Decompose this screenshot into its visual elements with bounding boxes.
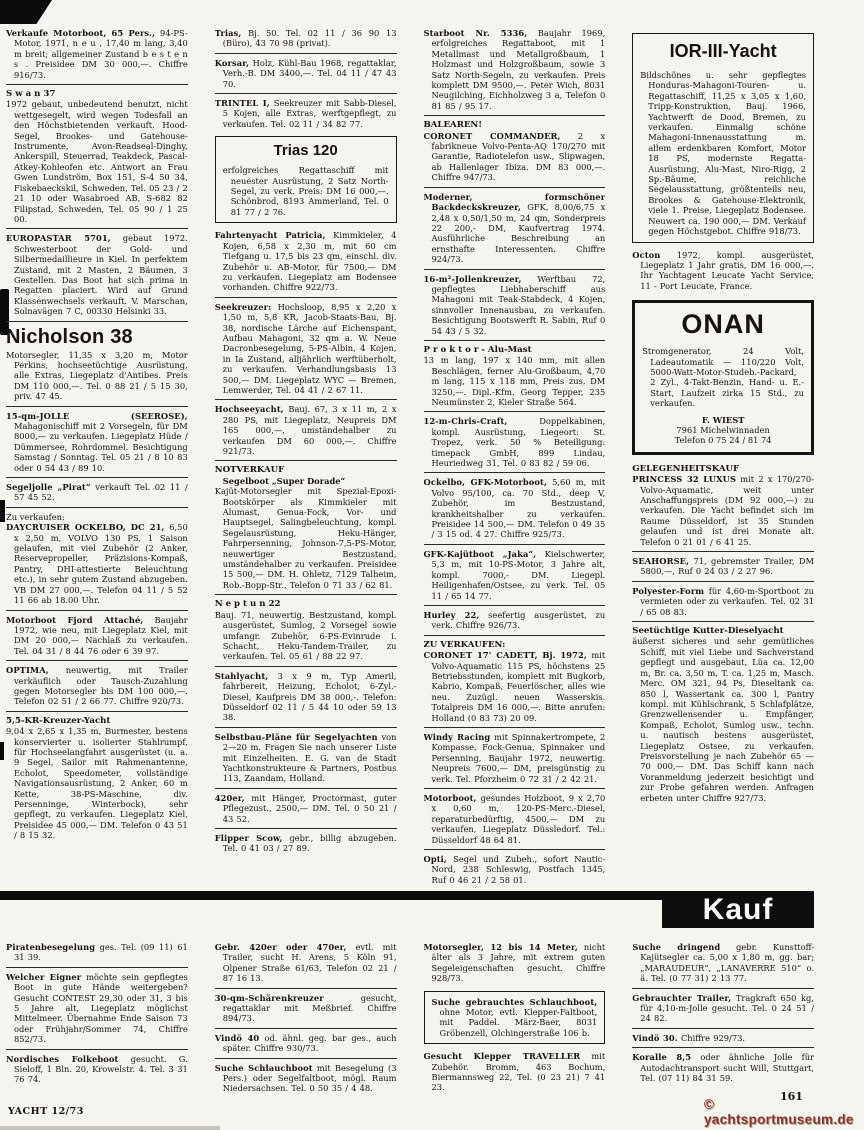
ad-headline: 5,5-KR-Kreuzer-Yacht	[6, 716, 188, 726]
scan-artifact-blob	[0, 500, 5, 522]
separator-rule	[424, 472, 606, 473]
classified-ad: Vindö 40 od. ähnl. geg. bar ges., auch s…	[215, 1033, 397, 1054]
ad-body: Stromgenerator, 24 Volt, Ladeautomatik —…	[642, 346, 804, 408]
separator-rule	[215, 297, 397, 298]
classifieds-top-section: Verkaufe Motorboot, 65 Pers., 94-PS-Moto…	[6, 26, 814, 884]
classified-ad: Gesucht Klepper TRAVELLER mit Zubehör. B…	[424, 1051, 606, 1093]
watermark-label: © yachtsportmuseum.de	[704, 1097, 864, 1127]
classifieds-kauf-section: Piratenbesegelung ges. Tel. (09 11) 61 3…	[6, 940, 814, 1112]
ad-headline: BALEAREN!	[424, 120, 606, 130]
ad-pre-line: Zu verkaufen:	[6, 512, 188, 522]
separator-rule	[632, 988, 814, 989]
ad-text: erfolgreiches Regattaschiff mit neuester…	[223, 165, 389, 217]
ad-body: Motorboot Fjord Attaché, Baujahr 1972, w…	[6, 615, 188, 657]
separator-rule	[424, 411, 606, 412]
ad-lead: 15-qm-JOLLE (SEEROSE),	[6, 411, 188, 421]
ad-body: PRINCESS 32 LUXUS mit 2 x 170/270-Volvo-…	[632, 474, 814, 547]
separator-rule	[6, 1049, 188, 1050]
classified-ad: N e p t u n 22Bauj. 71, neuwertig, Bestz…	[215, 599, 397, 661]
ad-body: 12-m-Chris-Craft, Doppelkabinen, kompl. …	[424, 416, 606, 468]
classified-ad: GFK-Kajütboot „Jaka“, Kielschwerter, 5,3…	[424, 549, 606, 601]
ad-text: 6,50 x 2,50 m, VOLVO 130 PS, 1 Saison ge…	[14, 522, 188, 605]
ad-lead: Korsar,	[215, 58, 249, 68]
separator-rule	[215, 788, 397, 789]
scan-artifact-blob	[0, 742, 4, 760]
separator-rule	[215, 666, 397, 667]
classified-ad: 12-m-Chris-Craft, Doppelkabinen, kompl. …	[424, 416, 606, 468]
classified-ad: Verkaufe Motorboot, 65 Pers., 94-PS-Moto…	[6, 28, 188, 80]
ad-body: Piratenbesegelung ges. Tel. (09 11) 61 3…	[6, 942, 188, 963]
ad-text: Bauj. 71, neuwertig, Bestzustand, kompl.…	[215, 610, 397, 662]
ad-body: Vindö 40 od. ähnl. geg. bar ges., auch s…	[215, 1033, 397, 1054]
ad-lead: Suche gebrauchtes Schlauchboot,	[432, 997, 598, 1007]
separator-rule	[6, 610, 188, 611]
separator-rule	[424, 115, 606, 116]
classified-ad: S w a n 371972 gebaut, unbedeutend benut…	[6, 89, 188, 224]
ad-body: 13 m lang, 197 x 140 mm, mit allen Besch…	[424, 355, 606, 407]
ad-text: Baujahr 1969, erfolgreiches Regattaboot,…	[432, 28, 606, 111]
separator-rule	[424, 605, 606, 606]
ad-text: ohne Motor, evtl. Klepper-Faltboot, mit …	[440, 1007, 598, 1038]
ad-lead: Suche dringend	[632, 942, 720, 952]
bottom-column-4: Suche dringend gebr. Kunsttoff-Kajütsegl…	[632, 940, 814, 1112]
separator-rule	[6, 660, 188, 661]
magazine-page: Verkaufe Motorboot, 65 Pers., 94-PS-Moto…	[0, 0, 864, 1130]
ad-lead: Hochseeyacht,	[215, 404, 284, 414]
ad-text: Chiffre 929/73.	[681, 1033, 745, 1043]
ad-body: Flipper Scow, gebr., billig abzugeben. T…	[215, 833, 397, 854]
ad-body: Verkaufe Motorboot, 65 Pers., 94-PS-Moto…	[6, 28, 188, 80]
separator-rule	[6, 321, 188, 322]
classified-ad: Polyester-Form für 4,60-m-Sportboot zu v…	[632, 586, 814, 617]
kauf-section-heading: Kauf	[662, 891, 814, 928]
ad-contact-line: F. WIEST	[642, 415, 804, 425]
ad-text: Hochsloop, 8,95 x 2,20 x 1,50 m, 5,8 KR,…	[223, 302, 397, 395]
classified-ad: Motorsegler, 12 bis 14 Meter, nicht älte…	[424, 942, 606, 984]
top-column-4: IOR-III-YachtBildschönes u. sehr gepfleg…	[632, 26, 814, 884]
separator-rule	[424, 727, 606, 728]
ad-body: CORONET COMMANDER, 2 x fabrikneue Volvo-…	[424, 131, 606, 183]
ad-body: Welcher Eigner möchte sein gepflegtes Bo…	[6, 972, 188, 1045]
ad-lead: Seekreuzer:	[215, 302, 272, 312]
separator-rule	[6, 84, 188, 85]
separator-rule	[424, 187, 606, 188]
separator-rule	[6, 967, 188, 968]
ad-lead: Verkaufe Motorboot, 65 Pers.,	[6, 28, 155, 38]
classified-ad: ONANStromgenerator, 24 Volt, Ladeautomat…	[632, 300, 814, 455]
ad-text: Motorsegler, 11,35 x 3,20 m, Motor Perki…	[6, 350, 188, 402]
ad-body: 9,04 x 2,65 x 1,35 m, Burmester, bestens…	[6, 726, 188, 840]
classified-ad: 30-qm-Schärenkreuzer gesucht, regattakla…	[215, 993, 397, 1024]
ad-body: erfolgreiches Regattaschiff mit neuester…	[223, 165, 389, 217]
ad-body: Windy Racing mit Spinnakertrompete, 2 Ko…	[424, 732, 606, 784]
ad-body: Octon 1972, kompl. ausgerüstet, Liegepla…	[632, 250, 814, 292]
ad-lead: Koralle 8,5	[632, 1052, 691, 1062]
ad-body: Koralle 8,5 oder ähnliche Jolle für Auto…	[632, 1052, 814, 1083]
ad-body: Gesucht Klepper TRAVELLER mit Zubehör. B…	[424, 1051, 606, 1093]
classified-ad: Vindö 30. Chiffre 929/73.	[632, 1033, 814, 1043]
separator-rule	[215, 460, 397, 461]
classified-ad: Octon 1972, kompl. ausgerüstet, Liegepla…	[632, 250, 814, 292]
classified-ad: ZU VERKAUFEN:CORONET 17' CADETT, Bj. 197…	[424, 640, 606, 723]
classified-ad: Flipper Scow, gebr., billig abzugeben. T…	[215, 833, 397, 854]
classified-ad: P r o k t o r - Alu-Mast13 m lang, 197 x…	[424, 345, 606, 407]
top-column-3: Starboot Nr. 5336, Baujahr 1969, erfolgr…	[424, 26, 606, 884]
ad-text: Holz, Kühl-Bau 1968, regattaklar, Verh.-…	[223, 58, 397, 89]
ad-text: Bildschönes u. sehr gepflegtes Honduras-…	[640, 70, 806, 236]
ad-lead: PRINCESS 32 LUXUS	[632, 474, 736, 484]
separator-rule	[632, 581, 814, 582]
classified-ad: Starboot Nr. 5336, Baujahr 1969, erfolgr…	[424, 28, 606, 111]
ad-body: Moderner, formschöner Backdeckskreuzer, …	[424, 192, 606, 265]
ad-text: Segel und Zubeh., sofort Nautic-Nord, 23…	[432, 854, 606, 884]
ad-lead: Polyester-Form	[632, 586, 704, 596]
ad-body: SEAHORSE, 71, gebremster Trailer, DM 580…	[632, 556, 814, 577]
classified-ad: 15-qm-JOLLE (SEEROSE), Mahagonischiff mi…	[6, 411, 188, 473]
ad-body: äußerst sicheres und sehr gemütliches Sc…	[632, 636, 814, 803]
classified-ad: Gebr. 420er oder 470er, evtl. mit Traile…	[215, 942, 397, 984]
ad-body: Fahrtenyacht Patricia, Kimmkieler, 4 Koj…	[215, 230, 397, 292]
bottom-column-2: Gebr. 420er oder 470er, evtl. mit Traile…	[215, 940, 397, 1112]
magazine-issue-label: YACHT 12/73	[8, 1106, 84, 1117]
ad-contact-line: 7961 Michelwinnaden	[642, 425, 804, 435]
ad-lead: 420er,	[215, 793, 245, 803]
ad-text: mit 2 x 170/270-Volvo-Aquamatic, weit un…	[640, 474, 814, 546]
top-column-1: Verkaufe Motorboot, 65 Pers., 94-PS-Moto…	[6, 26, 188, 884]
ad-headline: Trias 120	[223, 142, 389, 160]
classified-ad: 5,5-KR-Kreuzer-Yacht9,04 x 2,65 x 1,35 m…	[6, 716, 188, 841]
ad-body: Gebrauchter Trailer, Tragkraft 650 kg, f…	[632, 993, 814, 1024]
separator-rule	[215, 988, 397, 989]
separator-rule	[6, 711, 188, 712]
ad-headline: ONAN	[642, 310, 804, 339]
ad-lead: Motorsegler, 12 bis 14 Meter,	[424, 942, 578, 952]
scan-artifact-corner	[0, 0, 52, 24]
kauf-label: Kauf	[703, 893, 774, 927]
ad-body: Hurley 22, seefertig ausgerüstet, zu ver…	[424, 610, 606, 631]
classified-ad: Koralle 8,5 oder ähnliche Jolle für Auto…	[632, 1052, 814, 1083]
classified-ad: Nordisches Folkeboot gesucht. G. Sieloff…	[6, 1054, 188, 1085]
classified-ad: Welcher Eigner möchte sein gepflegtes Bo…	[6, 972, 188, 1045]
ad-lead: SEAHORSE,	[632, 556, 689, 566]
ad-lead: CORONET 17' CADETT, Bj. 1972,	[424, 650, 587, 660]
classified-ad: Gebrauchter Trailer, Tragkraft 650 kg, f…	[632, 993, 814, 1024]
classified-ad: Zu verkaufen:DAYCRUISER OCKELBO, DC 21, …	[6, 512, 188, 606]
ad-text: Kajüt-Motorsegler mit Spezial-Epoxi-Boot…	[215, 486, 397, 590]
classified-ad: Windy Racing mit Spinnakertrompete, 2 Ko…	[424, 732, 606, 784]
ad-body: TRINTEL I, Seekreuzer mit Sabb-Diesel, 5…	[215, 98, 397, 129]
ad-lead: 30-qm-Schärenkreuzer	[215, 993, 324, 1003]
ad-headline: NOTVERKAUF	[215, 465, 397, 475]
ad-body: Suche dringend gebr. Kunsttoff-Kajütsegl…	[632, 942, 814, 984]
ad-text: gebaut 1972. Schwesterboot der Gold- und…	[14, 233, 188, 316]
classified-ad: Nicholson 38Motorsegler, 11,35 x 3,20 m,…	[6, 326, 188, 402]
separator-rule	[6, 228, 188, 229]
ad-lead: DAYCRUISER OCKELBO, DC 21,	[6, 522, 165, 532]
separator-rule	[632, 1028, 814, 1029]
ad-lead: Octon	[632, 250, 660, 260]
ad-body: Selbstbau-Pläne für Segelyachten von 2—2…	[215, 732, 397, 784]
ad-lead: Vindö 30.	[632, 1033, 678, 1043]
ad-lead: Piratenbesegelung	[6, 942, 95, 952]
ad-text: 1972 gebaut, unbedeutend benutzt, nicht …	[6, 99, 188, 223]
classified-ad: NOTVERKAUFSegelboot „Super Dorade“Kajüt-…	[215, 465, 397, 590]
ad-text: 13 m lang, 197 x 140 mm, mit allen Besch…	[424, 355, 606, 407]
classified-ad: Suche gebrauchtes Schlauchboot, ohne Mot…	[424, 991, 606, 1045]
separator-rule	[215, 1058, 397, 1059]
ad-contact-line: Telefon 0 75 24 / 81 74	[642, 435, 804, 445]
classified-ad: Motorboot Fjord Attaché, Baujahr 1972, w…	[6, 615, 188, 657]
ad-body: Kajüt-Motorsegler mit Spezial-Epoxi-Boot…	[215, 486, 397, 590]
ad-lead: Selbstbau-Pläne für Segelyachten	[215, 732, 378, 742]
ad-body: Seekreuzer: Hochsloop, 8,95 x 2,20 x 1,5…	[215, 302, 397, 396]
ad-body: Starboot Nr. 5336, Baujahr 1969, erfolgr…	[424, 28, 606, 111]
classified-ad: Trias 120erfolgreiches Regattaschiff mit…	[215, 136, 397, 223]
ad-lead: Gebr. 420er oder 470er,	[215, 942, 347, 952]
classified-ad: Suche dringend gebr. Kunsttoff-Kajütsegl…	[632, 942, 814, 984]
separator-rule	[215, 828, 397, 829]
ad-lead: EUROPASTAR 5701,	[6, 233, 111, 243]
classified-ad: Moderner, formschöner Backdeckskreuzer, …	[424, 192, 606, 265]
ad-lead: OPTIMA,	[6, 665, 49, 675]
bottom-column-1: Piratenbesegelung ges. Tel. (09 11) 61 3…	[6, 940, 188, 1112]
classified-ad: 16-m²-Jollenkreuzer, Werftbau 72, gepfle…	[424, 274, 606, 336]
ad-body: 30-qm-Schärenkreuzer gesucht, regattakla…	[215, 993, 397, 1024]
ad-subheadline: Segelboot „Super Dorade“	[215, 476, 397, 486]
ad-lead: Motorboot,	[424, 793, 477, 803]
ad-text: 9,04 x 2,65 x 1,35 m, Burmester, bestens…	[6, 726, 188, 840]
separator-rule	[424, 849, 606, 850]
ad-body: 1972 gebaut, unbedeutend benutzt, nicht …	[6, 99, 188, 224]
ad-lead: Windy Racing	[424, 732, 491, 742]
ad-body: Stahlyacht, 3 x 9 m, Typ Ameril, fahrber…	[215, 671, 397, 723]
ad-lead: Segeljolle „Pirat“	[6, 482, 91, 492]
separator-rule	[424, 635, 606, 636]
ad-body: 16-m²-Jollenkreuzer, Werftbau 72, gepfle…	[424, 274, 606, 336]
classified-ad: Seetüchtige Kutter-Dieselyachtäußerst si…	[632, 626, 814, 803]
ad-headline: P r o k t o r - Alu-Mast	[424, 345, 606, 355]
ad-body: Segeljolle „Pirat“ verkauft Tel. 02 11 /…	[6, 482, 188, 503]
ad-lead: CORONET COMMANDER,	[424, 131, 561, 141]
ad-body: Gebr. 420er oder 470er, evtl. mit Traile…	[215, 942, 397, 984]
scan-artifact-strip	[0, 1126, 220, 1130]
bottom-column-3: Motorsegler, 12 bis 14 Meter, nicht älte…	[424, 940, 606, 1112]
ad-body: Motorboot, gesundes Holzboot, 9 x 2,70 x…	[424, 793, 606, 845]
ad-body: Bildschönes u. sehr gepflegtes Honduras-…	[640, 70, 806, 237]
separator-rule	[215, 399, 397, 400]
separator-rule	[424, 788, 606, 789]
ad-headline: IOR-III-Yacht	[640, 41, 806, 62]
separator-rule	[215, 93, 397, 94]
ad-lead: Opti,	[424, 854, 447, 864]
ad-headline: Seetüchtige Kutter-Dieselyacht	[632, 626, 814, 636]
ad-lead: GFK-Kajütboot „Jaka“,	[424, 549, 537, 559]
separator-rule	[215, 1028, 397, 1029]
kauf-section-banner: Kauf	[0, 891, 814, 928]
ad-body: GFK-Kajütboot „Jaka“, Kielschwerter, 5,3…	[424, 549, 606, 601]
separator-rule	[424, 340, 606, 341]
classified-ad: Ockelbo, GFK-Motorboot, 5,60 m, mit Volv…	[424, 477, 606, 539]
ad-body: Bauj. 71, neuwertig, Bestzustand, kompl.…	[215, 610, 397, 662]
ad-text: möchte sein gepflegtes Boot in gute Händ…	[14, 972, 188, 1044]
classified-ad: Seekreuzer: Hochsloop, 8,95 x 2,20 x 1,5…	[215, 302, 397, 396]
classified-ad: SEAHORSE, 71, gebremster Trailer, DM 580…	[632, 556, 814, 577]
classified-ad: IOR-III-YachtBildschönes u. sehr gepfleg…	[632, 33, 814, 243]
ad-headline: S w a n 37	[6, 89, 188, 99]
classified-ad: Segeljolle „Pirat“ verkauft Tel. 02 11 /…	[6, 482, 188, 503]
ad-lead: Gebrauchter Trailer,	[632, 993, 731, 1003]
ad-text: mit Volvo-Aquamatic 115 PS, höchstens 25…	[432, 650, 606, 722]
classified-ad: Selbstbau-Pläne für Segelyachten von 2—2…	[215, 732, 397, 784]
separator-rule	[215, 594, 397, 595]
ad-lead: Stahlyacht,	[215, 671, 269, 681]
classified-ad: Motorboot, gesundes Holzboot, 9 x 2,70 x…	[424, 793, 606, 845]
ad-text: 1972, kompl. ausgerüstet, Liegeplatz 1 J…	[640, 250, 814, 291]
classified-ad: Hochseeyacht, Bauj. 67, 3 x 11 m, 2 x 28…	[215, 404, 397, 456]
ad-body: Opti, Segel und Zubeh., sofort Nautic-No…	[424, 854, 606, 884]
top-column-2: Trias, Bj. 50. Tel. 02 11 / 36 90 13 (Bü…	[215, 26, 397, 884]
ad-body: DAYCRUISER OCKELBO, DC 21, 6,50 x 2,50 m…	[6, 522, 188, 605]
ad-lead: Motorboot Fjord Attaché,	[6, 615, 143, 625]
ad-lead: Starboot Nr. 5336,	[424, 28, 528, 38]
classified-ad: 420er, mit Hänger, Proctormast, guter Pf…	[215, 793, 397, 824]
ad-body: OPTIMA, neuwertig, mit Trailer verkäufli…	[6, 665, 188, 707]
ad-body: Suche Schlauchboot mit Besegelung (3 Per…	[215, 1063, 397, 1094]
ad-body: Trias, Bj. 50. Tel. 02 11 / 36 90 13 (Bü…	[215, 28, 397, 49]
ad-lead: Hurley 22,	[424, 610, 480, 620]
ad-body: Motorsegler, 11,35 x 3,20 m, Motor Perki…	[6, 350, 188, 402]
ad-headline: ZU VERKAUFEN:	[424, 640, 606, 650]
ad-text: mit Hänger, Proctormast, guter Pflegezus…	[223, 793, 397, 824]
ad-headline: Nicholson 38	[6, 326, 188, 348]
separator-rule	[6, 507, 188, 508]
classified-ad: Suche Schlauchboot mit Besegelung (3 Per…	[215, 1063, 397, 1094]
classified-ad: GELEGENHEITSKAUFPRINCESS 32 LUXUS mit 2 …	[632, 464, 814, 547]
ad-text: Bj. 50. Tel. 02 11 / 36 90 13 (Büro), 43…	[223, 28, 397, 48]
classified-ad: Fahrtenyacht Patricia, Kimmkieler, 4 Koj…	[215, 230, 397, 292]
classified-ad: Stahlyacht, 3 x 9 m, Typ Ameril, fahrber…	[215, 671, 397, 723]
ad-body: Vindö 30. Chiffre 929/73.	[632, 1033, 814, 1043]
classified-ad: Piratenbesegelung ges. Tel. (09 11) 61 3…	[6, 942, 188, 963]
separator-rule	[215, 53, 397, 54]
ad-text: äußerst sicheres und sehr gemütliches Sc…	[632, 636, 814, 802]
ad-lead: Nordisches Folkeboot	[6, 1054, 119, 1064]
ad-headline: GELEGENHEITSKAUF	[632, 464, 814, 474]
separator-rule	[6, 406, 188, 407]
ad-body: 420er, mit Hänger, Proctormast, guter Pf…	[215, 793, 397, 824]
ad-lead: Trias,	[215, 28, 242, 38]
ad-lead: Fahrtenyacht Patricia,	[215, 230, 326, 240]
separator-rule	[424, 269, 606, 270]
ad-body: EUROPASTAR 5701, gebaut 1972. Schwesterb…	[6, 233, 188, 316]
classified-ad: BALEAREN!CORONET COMMANDER, 2 x fabrikne…	[424, 120, 606, 182]
ad-headline: N e p t u n 22	[215, 599, 397, 609]
classified-ad: Opti, Segel und Zubeh., sofort Nautic-No…	[424, 854, 606, 884]
separator-rule	[215, 727, 397, 728]
ad-lead: Ockelbo, GFK-Motorboot,	[424, 477, 547, 487]
ad-lead: Welcher Eigner	[6, 972, 81, 982]
ad-body: CORONET 17' CADETT, Bj. 1972, mit Volvo-…	[424, 650, 606, 723]
classified-ad: Korsar, Holz, Kühl-Bau 1968, regattaklar…	[215, 58, 397, 89]
ad-body: Hochseeyacht, Bauj. 67, 3 x 11 m, 2 x 28…	[215, 404, 397, 456]
classified-ad: TRINTEL I, Seekreuzer mit Sabb-Diesel, 5…	[215, 98, 397, 129]
ad-body: Nordisches Folkeboot gesucht. G. Sieloff…	[6, 1054, 188, 1085]
ad-lead: Suche Schlauchboot	[215, 1063, 313, 1073]
ad-body: Suche gebrauchtes Schlauchboot, ohne Mot…	[432, 997, 598, 1039]
ad-body: Korsar, Holz, Kühl-Bau 1968, regattaklar…	[215, 58, 397, 89]
classified-ad: OPTIMA, neuwertig, mit Trailer verkäufli…	[6, 665, 188, 707]
ad-lead: Flipper Scow,	[215, 833, 283, 843]
classified-ad: Trias, Bj. 50. Tel. 02 11 / 36 90 13 (Bü…	[215, 28, 397, 49]
separator-rule	[632, 621, 814, 622]
separator-rule	[632, 551, 814, 552]
ad-body: Motorsegler, 12 bis 14 Meter, nicht älte…	[424, 942, 606, 984]
ad-body: 15-qm-JOLLE (SEEROSE), Mahagonischiff mi…	[6, 411, 188, 473]
ad-lead: Vindö 40	[215, 1033, 260, 1043]
ad-lead: TRINTEL I,	[215, 98, 270, 108]
ad-text: Stromgenerator, 24 Volt, Ladeautomatik —…	[642, 346, 804, 408]
ad-lead: 12-m-Chris-Craft,	[424, 416, 508, 426]
separator-rule	[632, 1047, 814, 1048]
ad-lead: Gesucht Klepper TRAVELLER	[424, 1051, 581, 1061]
separator-rule	[6, 477, 188, 478]
separator-rule	[424, 544, 606, 545]
ad-lead: 16-m²-Jollenkreuzer,	[424, 274, 522, 284]
classified-ad: Hurley 22, seefertig ausgerüstet, zu ver…	[424, 610, 606, 631]
ad-body: Ockelbo, GFK-Motorboot, 5,60 m, mit Volv…	[424, 477, 606, 539]
ad-text: Mahagonischiff mit 2 Vorsegeln, für DM 8…	[14, 421, 188, 473]
ad-body: Polyester-Form für 4,60-m-Sportboot zu v…	[632, 586, 814, 617]
classified-ad: EUROPASTAR 5701, gebaut 1972. Schwesterb…	[6, 233, 188, 316]
